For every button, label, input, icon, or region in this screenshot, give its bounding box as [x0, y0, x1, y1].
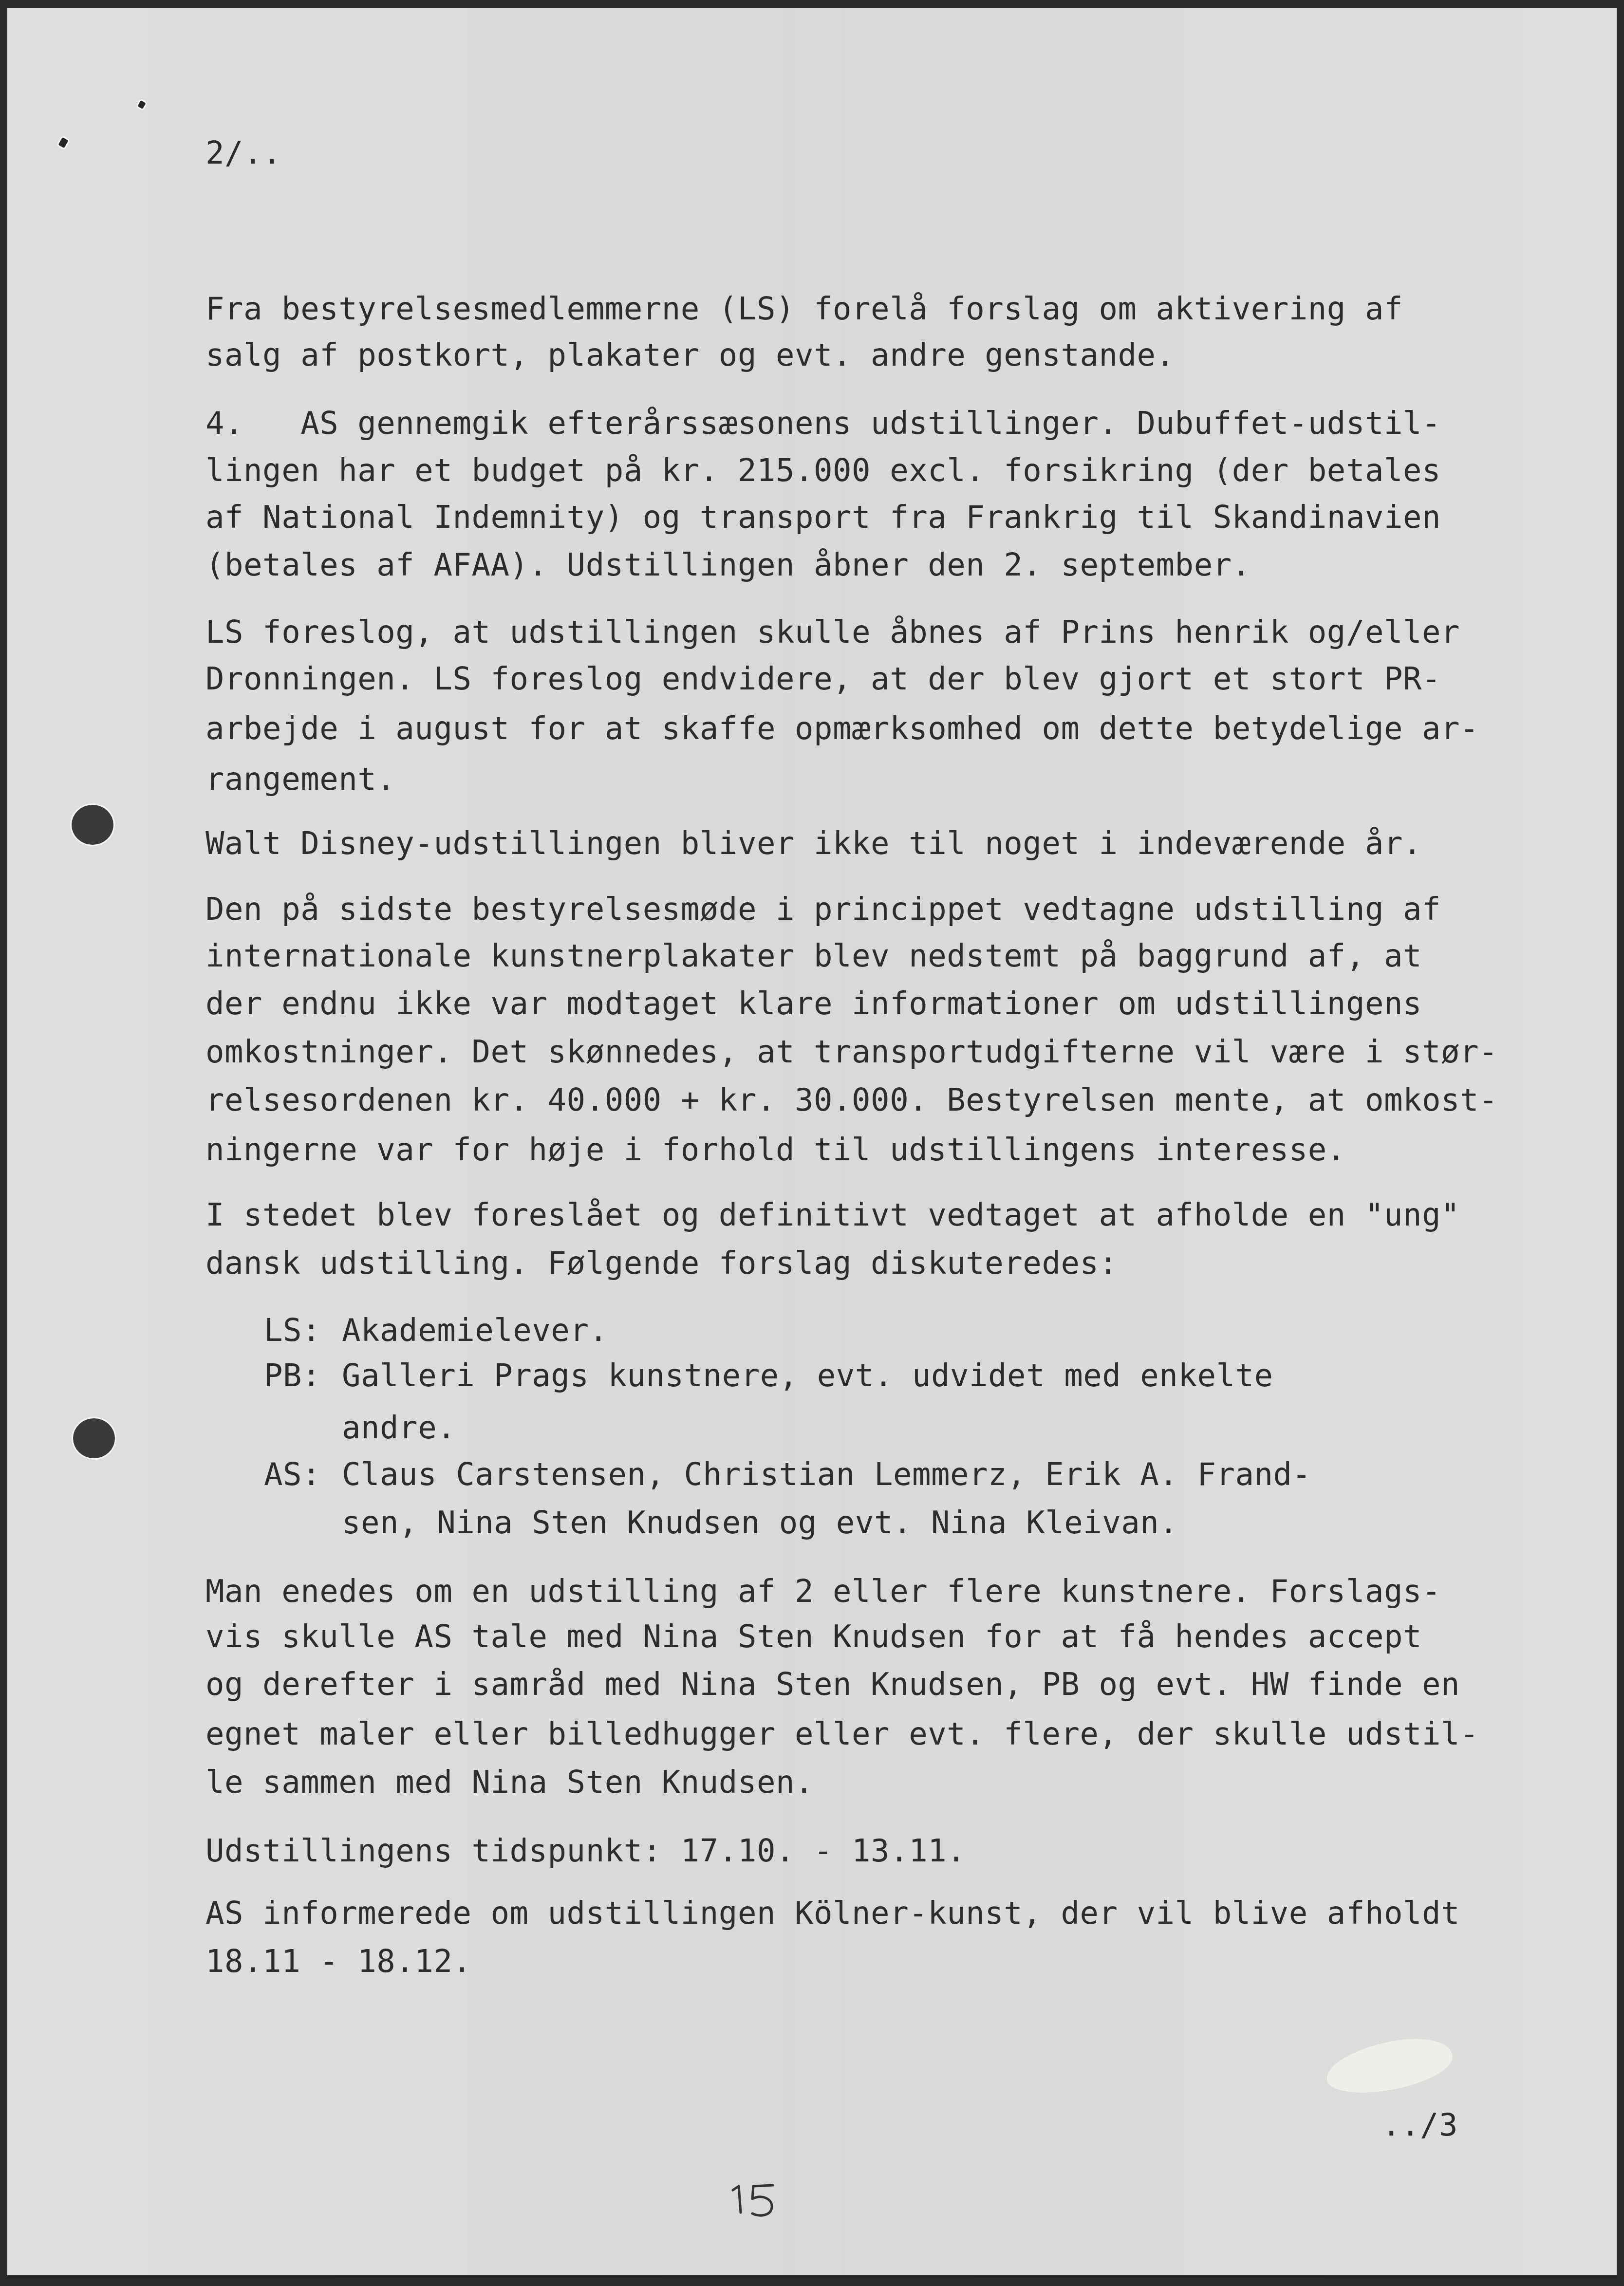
paragraph-line: 4. AS gennemgik efterårssæsonens udstill… — [205, 404, 1441, 443]
page-marker: 2/.. — [205, 134, 281, 173]
punch-hole-icon — [73, 1418, 115, 1458]
proposal-label: AS: — [264, 1455, 321, 1494]
handwritten-page-number: 15 — [728, 2179, 782, 2228]
proposal-label: PB: — [264, 1357, 321, 1395]
staple-mark-icon — [58, 137, 68, 149]
proposal-text: Akademielever. — [342, 1311, 608, 1350]
proposal-label: LS: — [264, 1311, 321, 1350]
paragraph-line: vis skulle AS tale med Nina Sten Knudsen… — [205, 1617, 1422, 1656]
paragraph-line: AS informerede om udstillingen Kölner-ku… — [205, 1894, 1460, 1933]
paragraph-line: rangement. — [205, 760, 395, 799]
document-page: 2/.. Fra bestyrelsesmedlemmerne (LS) for… — [7, 8, 1617, 2275]
paragraph-line: omkostninger. Det skønnedes, at transpor… — [205, 1033, 1498, 1072]
paragraph-line: le sammen med Nina Sten Knudsen. — [205, 1763, 814, 1802]
paragraph-line: af National Indemnity) og transport fra … — [205, 498, 1441, 537]
paragraph-line: egnet maler eller billedhugger eller evt… — [205, 1715, 1479, 1754]
paragraph-line: Fra bestyrelsesmedlemmerne (LS) forelå f… — [205, 290, 1403, 329]
continuation-marker: ../3 — [1382, 2106, 1458, 2145]
paragraph-line: dansk udstilling. Følgende forslag disku… — [205, 1244, 1118, 1283]
paragraph-line: Udstillingens tidspunkt: 17.10. - 13.11. — [205, 1832, 966, 1871]
paragraph-line: relsesordenen kr. 40.000 + kr. 30.000. B… — [205, 1081, 1498, 1120]
paragraph-line: arbejde i august for at skaffe opmærksom… — [205, 709, 1479, 748]
proposal-text: sen, Nina Sten Knudsen og evt. Nina Klei… — [342, 1504, 1178, 1543]
punch-hole-icon — [72, 805, 113, 845]
paragraph-line: LS foreslog, at udstillingen skulle åbne… — [205, 613, 1460, 652]
proposal-text: Claus Carstensen, Christian Lemmerz, Eri… — [342, 1455, 1311, 1494]
paragraph-line: Walt Disney-udstillingen bliver ikke til… — [205, 824, 1422, 863]
staple-mark-icon — [137, 100, 146, 109]
paragraph-line: Den på sidste bestyrelsesmøde i principp… — [205, 890, 1441, 929]
handwritten-15-icon — [728, 2179, 782, 2228]
paragraph-line: og derefter i samråd med Nina Sten Knuds… — [205, 1665, 1460, 1704]
paragraph-line: der endnu ikke var modtaget klare inform… — [205, 985, 1422, 1023]
paragraph-line: lingen har et budget på kr. 215.000 excl… — [205, 451, 1441, 490]
correction-fluid-mark — [1322, 2031, 1456, 2100]
paragraph-line: (betales af AFAA). Udstillingen åbner de… — [205, 546, 1251, 585]
paragraph-line: I stedet blev foreslået og definitivt ve… — [205, 1196, 1460, 1235]
paragraph-line: ningerne var for høje i forhold til udst… — [205, 1131, 1346, 1170]
paragraph-line: internationale kunstnerplakater blev ned… — [205, 937, 1422, 976]
proposal-text: Galleri Prags kunstnere, evt. udvidet me… — [342, 1357, 1273, 1395]
paragraph-line: salg af postkort, plakater og evt. andre… — [205, 336, 1175, 375]
paragraph-line: 18.11 - 18.12. — [205, 1942, 471, 1981]
paragraph-line: Dronningen. LS foreslog endvidere, at de… — [205, 660, 1441, 699]
paragraph-line: Man enedes om en udstilling af 2 eller f… — [205, 1572, 1441, 1611]
proposal-text: andre. — [342, 1409, 456, 1448]
